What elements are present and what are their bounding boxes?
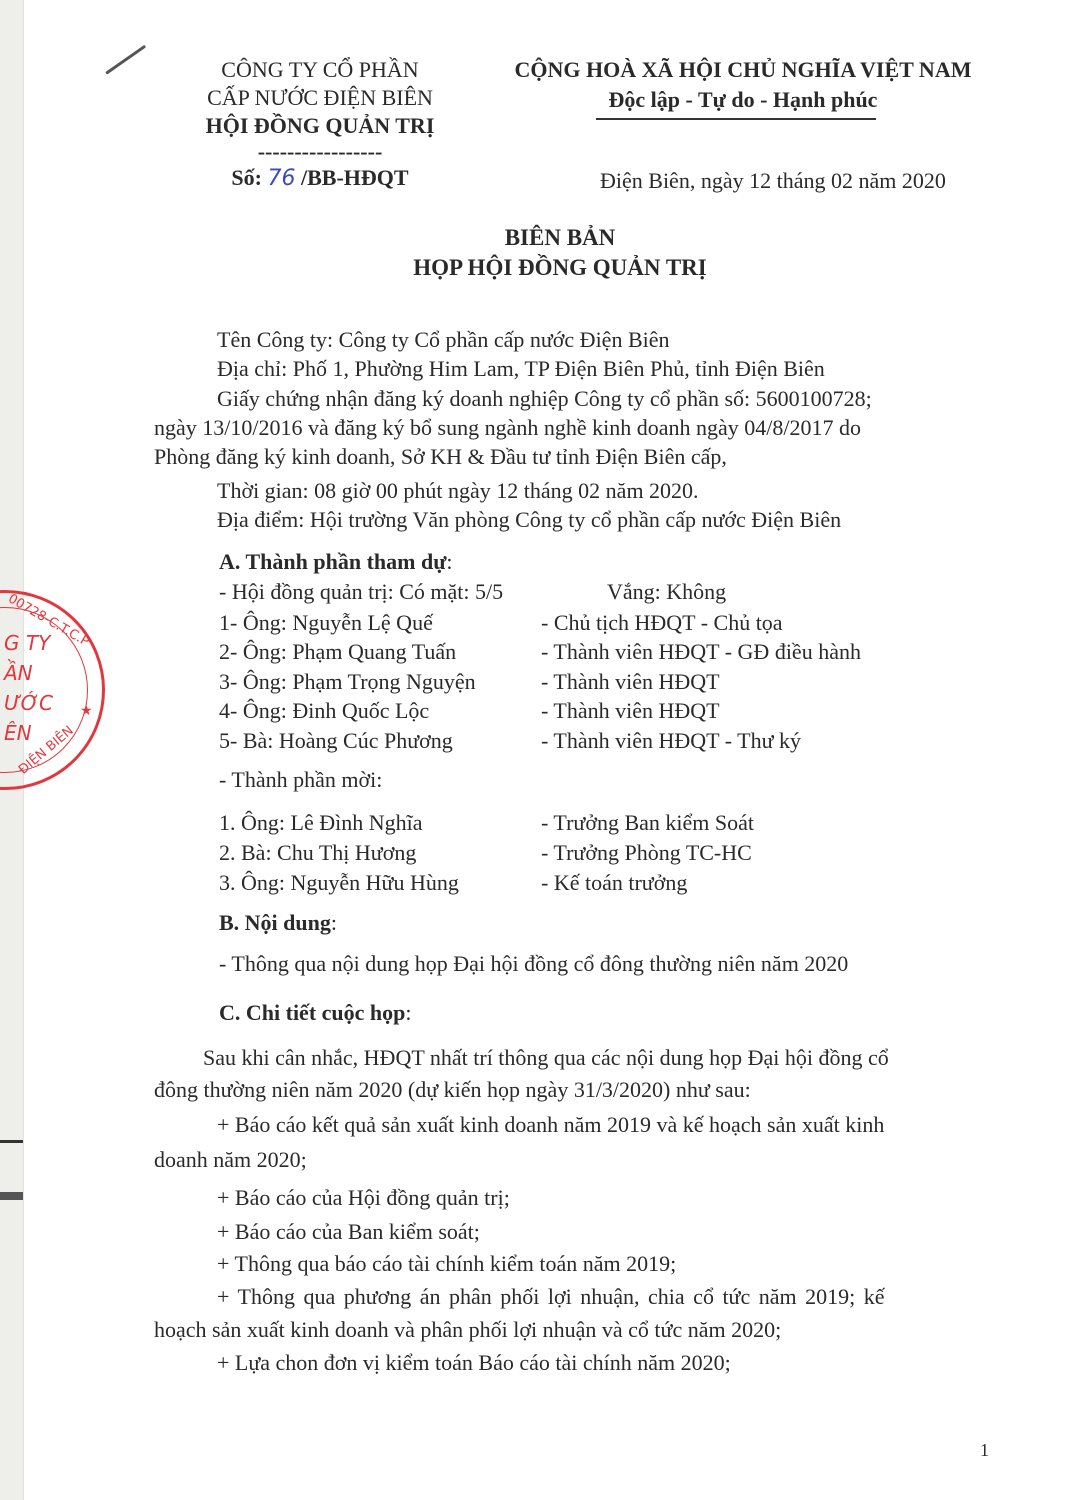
document-number: Số: 76 /BB-HĐQT xyxy=(180,164,460,193)
member-name: 3- Ông: Phạm Trọng Nguyện xyxy=(219,669,476,695)
agenda-item-6: + Lựa chon đơn vị kiểm toán Báo cáo tài … xyxy=(217,1350,731,1376)
invited-role: - Kế toán trưởng xyxy=(541,870,687,896)
doc-number-handwritten: 76 xyxy=(267,166,295,191)
company-seal-stamp: 00728-C.T.C.P ĐIỆN BIÊN G TY ẦN ƯỚC ÊN ★ xyxy=(0,590,105,790)
stamp-inner-line: ÊN xyxy=(4,721,32,745)
agenda-item-5-line2: hoạch sản xuất kinh doanh và phân phối l… xyxy=(154,1317,781,1343)
title-line1: BIÊN BẢN xyxy=(380,223,740,253)
place-date: Điện Biên, ngày 12 tháng 02 năm 2020 xyxy=(600,168,946,194)
document-title: BIÊN BẢN HỌP HỘI ĐỒNG QUẢN TRỊ xyxy=(380,223,740,283)
member-name: 5- Bà: Hoàng Cúc Phương xyxy=(219,728,453,754)
section-c-intro-line2: đông thường niên năm 2020 (dự kiến họp n… xyxy=(154,1077,751,1103)
star-icon: ★ xyxy=(80,703,93,719)
address-field: Địa chỉ: Phố 1, Phường Him Lam, TP Điện … xyxy=(217,356,825,382)
scan-mark xyxy=(0,1192,23,1200)
section-c-heading: C. Chi tiết cuộc họp: xyxy=(219,1000,412,1026)
registration-line1: Giấy chứng nhận đăng ký doanh nghiệp Côn… xyxy=(217,386,872,412)
invited-heading: - Thành phần mời: xyxy=(219,767,382,793)
board-name: HỘI ĐỒNG QUẢN TRỊ xyxy=(180,112,460,140)
section-b-heading: B. Nội dung: xyxy=(219,910,337,936)
agenda-item-3: + Báo cáo của Ban kiểm soát; xyxy=(217,1219,480,1245)
stamp-inner-line: ẦN xyxy=(4,661,33,685)
company-name-line1: CÔNG TY CỔ PHẦN xyxy=(180,56,460,84)
stamp-inner-line: G TY xyxy=(4,631,50,655)
registration-line2: ngày 13/10/2016 và đăng ký bổ sung ngành… xyxy=(154,415,861,441)
title-line2: HỌP HỘI ĐỒNG QUẢN TRỊ xyxy=(380,253,740,283)
doc-number-suffix: /BB-HĐQT xyxy=(301,165,409,190)
agenda-item-2: + Báo cáo của Hội đồng quản trị; xyxy=(217,1185,510,1211)
agenda-item-4: + Thông qua báo cáo tài chính kiểm toán … xyxy=(217,1251,676,1277)
page-number: 1 xyxy=(980,1440,989,1461)
scan-mark xyxy=(0,1140,23,1143)
agenda-item-1-line1: + Báo cáo kết quả sản xuất kinh doanh nă… xyxy=(217,1112,884,1138)
invited-name: 1. Ông: Lê Đình Nghĩa xyxy=(219,810,422,836)
doc-number-prefix: Số: xyxy=(231,165,262,190)
company-name-field: Tên Công ty: Công ty Cổ phần cấp nước Đi… xyxy=(217,327,670,353)
section-b-content: - Thông qua nội dung họp Đại hội đồng cổ… xyxy=(219,951,848,977)
member-role: - Thành viên HĐQT xyxy=(541,698,720,724)
nation-title: CỘNG HOÀ XÃ HỘI CHỦ NGHĨA VIỆT NAM xyxy=(488,55,998,85)
agenda-item-5-line1: + Thông qua phương án phân phối lợi nhuậ… xyxy=(217,1284,885,1310)
section-c-intro-line1: Sau khi cân nhắc, HĐQT nhất trí thông qu… xyxy=(203,1045,889,1071)
registration-line3: Phòng đăng ký kinh doanh, Sở KH & Đầu tư… xyxy=(154,444,727,470)
meeting-location: Địa điểm: Hội trường Văn phòng Công ty c… xyxy=(217,507,841,533)
meeting-time: Thời gian: 08 giờ 00 phút ngày 12 tháng … xyxy=(217,478,699,504)
motto-underline xyxy=(596,118,876,120)
invited-name: 3. Ông: Nguyễn Hữu Hùng xyxy=(219,870,459,896)
header-separator: ----------------- xyxy=(180,140,460,164)
member-role: - Chủ tịch HĐQT - Chủ tọa xyxy=(541,610,783,636)
member-name: 2- Ông: Phạm Quang Tuấn xyxy=(219,639,456,665)
invited-role: - Trưởng Ban kiểm Soát xyxy=(541,810,754,836)
pen-mark xyxy=(105,45,146,75)
stamp-inner-line: ƯỚC xyxy=(4,691,53,715)
board-attendance: - Hội đồng quản trị: Có mặt: 5/5 xyxy=(219,579,503,605)
member-name: 4- Ông: Đinh Quốc Lộc xyxy=(219,698,429,724)
member-role: - Thành viên HĐQT - GĐ điều hành xyxy=(541,639,861,665)
member-name: 1- Ông: Nguyễn Lệ Quế xyxy=(219,610,433,636)
company-name-line2: CẤP NƯỚC ĐIỆN BIÊN xyxy=(180,84,460,112)
section-a-heading: A. Thành phần tham dự: xyxy=(219,549,453,575)
invited-role: - Trưởng Phòng TC-HC xyxy=(541,840,752,866)
member-role: - Thành viên HĐQT xyxy=(541,669,720,695)
national-motto: Độc lập - Tự do - Hạnh phúc xyxy=(488,85,998,115)
invited-name: 2. Bà: Chu Thị Hương xyxy=(219,840,416,866)
agenda-item-1-line2: doanh năm 2020; xyxy=(154,1147,307,1173)
board-absent: Vắng: Không xyxy=(607,579,726,605)
header-right: CỘNG HOÀ XÃ HỘI CHỦ NGHĨA VIỆT NAM Độc l… xyxy=(488,55,998,115)
header-left: CÔNG TY CỔ PHẦN CẤP NƯỚC ĐIỆN BIÊN HỘI Đ… xyxy=(180,56,460,193)
member-role: - Thành viên HĐQT - Thư ký xyxy=(541,728,801,754)
